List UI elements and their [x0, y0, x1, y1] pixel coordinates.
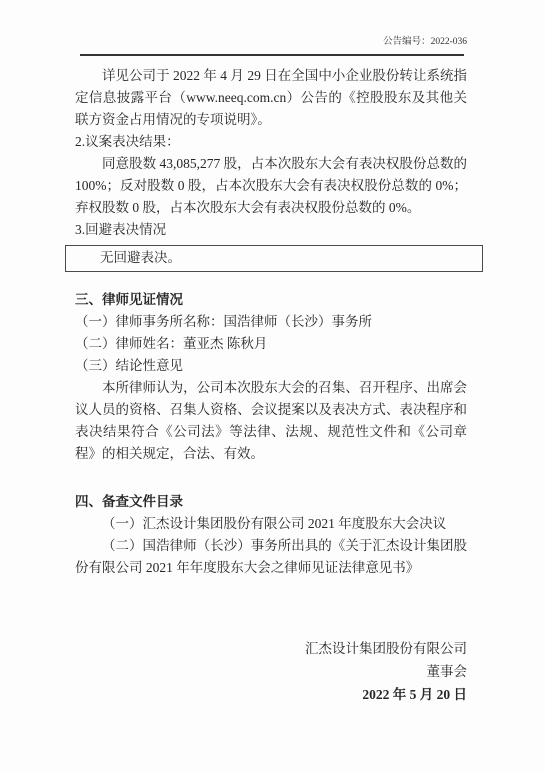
signature-board: 董事会	[75, 660, 467, 683]
section-documents-title: 四、备查文件目录	[75, 491, 467, 513]
lawyer-conclusion-heading: （三）结论性意见	[75, 355, 467, 377]
item3-heading: 3.回避表决情况	[75, 219, 467, 241]
documents-item-2: （二）国浩律师（长沙）事务所出具的《关于汇杰设计集团股份有限公司 2021 年年…	[75, 535, 467, 579]
no-avoidance-note: 无回避表决。	[100, 247, 474, 268]
announcement-number: 公告编号：2022-036	[75, 0, 467, 47]
item2-result-paragraph: 同意股数 43,085,277 股，占本次股东大会有表决权股份总数的 100%；…	[75, 153, 467, 219]
announcement-page: 公告编号：2022-036 详见公司于 2022 年 4 月 29 日在全国中小…	[0, 0, 545, 771]
document-content: 公告编号：2022-036 详见公司于 2022 年 4 月 29 日在全国中小…	[75, 0, 467, 706]
documents-item-1: （一）汇杰设计集团股份有限公司 2021 年度股东大会决议	[75, 513, 467, 535]
signature-company: 汇杰设计集团股份有限公司	[75, 637, 467, 660]
lawyer-firm-line: （一）律师事务所名称：国浩律师（长沙）事务所	[75, 311, 467, 333]
lawyer-conclusion-paragraph: 本所律师认为，公司本次股东大会的召集、召开程序、出席会议人员的资格、召集人资格、…	[75, 377, 467, 465]
section-lawyer-title: 三、律师见证情况	[75, 289, 467, 311]
lawyer-names-line: （二）律师姓名：董亚杰 陈秋月	[75, 333, 467, 355]
intro-paragraph: 详见公司于 2022 年 4 月 29 日在全国中小企业股份转让系统指定信息披露…	[75, 65, 467, 131]
signature-block: 汇杰设计集团股份有限公司 董事会 2022 年 5 月 20 日	[75, 637, 467, 706]
item2-heading: 2.议案表决结果：	[75, 131, 467, 153]
no-avoidance-box: 无回避表决。	[65, 245, 483, 272]
header-divider	[80, 54, 464, 56]
signature-date: 2022 年 5 月 20 日	[75, 683, 467, 706]
